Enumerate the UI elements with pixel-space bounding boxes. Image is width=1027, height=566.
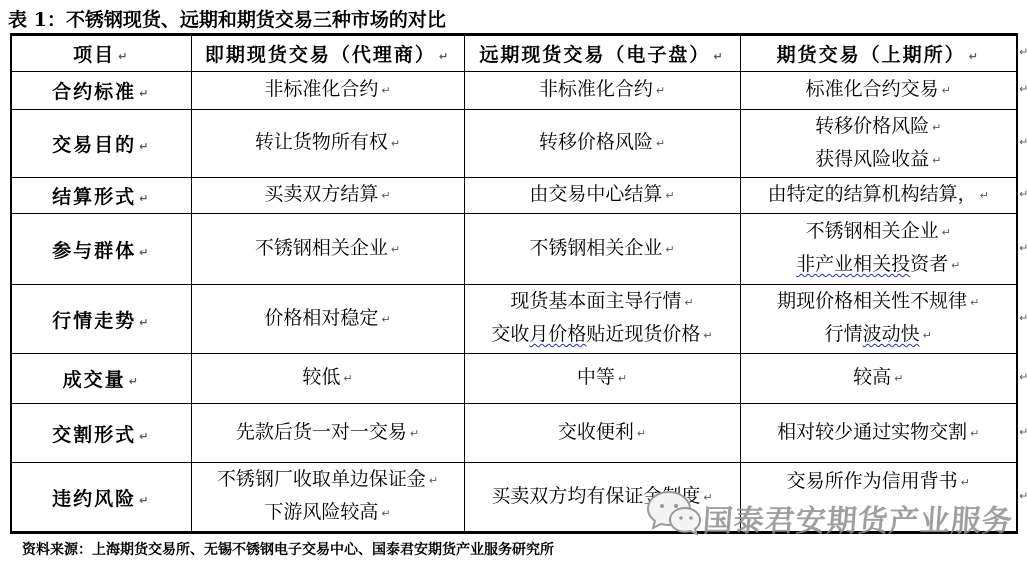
cell-text: 下游风险较高 [264,501,378,523]
wavy-underline-text: 波动快 [863,323,920,345]
row-end-paragraph-mark-icon: ↵ [1019,371,1027,384]
row-end-paragraph-mark-icon: ↵ [1019,425,1027,438]
cell-line: 下游风险较高↵ [196,497,460,530]
row-label-text: 交割形式 [52,424,136,446]
table-cell: 非标准化合约↵ [191,72,464,110]
table-cell: 相对较少通过实物交割↵ [740,404,1017,463]
row-label-text: 成交量 [63,369,126,391]
table-header-row: 项目↵即期现货交易（代理商）↵远期现货交易（电子盘）↵期货交易（上期所）↵ [11,35,1017,72]
row-label: 参与群体↵ [11,214,191,285]
cell-line: 行情波动快↵ [745,319,1013,352]
table-title-text: 表 1：不锈钢现货、远期和期货交易三种市场的对比 [8,9,446,31]
paragraph-mark-icon: ↵ [139,192,150,205]
row-label: 成交量↵ [11,354,191,404]
cell-line: 转让货物所有权↵ [196,127,460,160]
paragraph-mark-icon: ↵ [139,494,150,507]
paragraph-mark-icon: ↵ [139,140,150,153]
table-row: 合约标准↵非标准化合约↵非标准化合约↵标准化合约交易↵ [11,72,1017,110]
row-label: 结算形式↵ [11,178,191,214]
table-cell: 交易所作为信用背书↵ [740,463,1017,533]
cell-line: 由交易中心结算↵ [469,179,736,212]
row-label: 合约标准↵ [11,72,191,110]
cell-line: 买卖双方均有保证金制度↵ [469,481,736,514]
table-cell: 由交易中心结算↵ [464,178,740,214]
table-cell: 价格相对稳定↵ [191,285,464,354]
cell-text: 转让货物所有权 [255,131,388,153]
paragraph-mark-icon: ↵ [381,189,390,202]
table-row: 成交量↵较低↵中等↵较高↵ [11,354,1017,404]
paragraph-mark-icon: ↵ [343,372,352,385]
table-row: 行情走势↵价格相对稳定↵现货基本面主导行情↵交收月价格贴近现货价格↵期现价格相关… [11,285,1017,354]
column-header-text: 项目 [73,44,115,66]
paragraph-mark-icon: ↵ [139,430,150,443]
cell-text: 行情 [825,323,863,345]
table-cell: 不锈钢相关企业↵ [464,214,740,285]
paragraph-mark-icon: ↵ [637,427,646,440]
cell-text: 转移价格风险 [539,131,653,153]
cell-text: 不锈钢相关企业 [529,237,662,259]
column-header: 期货交易（上期所）↵ [740,35,1017,72]
table-row: 结算形式↵买卖双方结算↵由交易中心结算↵由特定的结算机构结算，↵ [11,178,1017,214]
table-cell: 转让货物所有权↵ [191,110,464,178]
paragraph-mark-icon: ↵ [439,50,450,63]
table-row: 违约风险↵不锈钢厂收取单边保证金↵下游风险较高↵买卖双方均有保证金制度↵交易所作… [11,463,1017,533]
cell-line: 期现价格相关性不规律↵ [745,286,1013,319]
cell-line: 不锈钢相关企业↵ [469,233,736,266]
table-cell: 买卖双方均有保证金制度↵ [464,463,740,533]
cell-line: 非标准化合约↵ [196,74,460,107]
paragraph-mark-icon: ↵ [980,189,989,202]
table-cell: 较低↵ [191,354,464,404]
cell-text: 不锈钢相关企业 [806,220,939,242]
cell-text: 非标准化合约 [264,78,378,100]
cell-line: 较高↵ [745,362,1013,395]
cell-line: 非产业相关投资者↵ [745,249,1013,282]
row-label: 违约风险↵ [11,463,191,533]
cell-line: 不锈钢相关企业↵ [196,233,460,266]
paragraph-mark-icon: ↵ [139,246,150,259]
paragraph-mark-icon: ↵ [381,313,390,326]
comparison-table: 项目↵即期现货交易（代理商）↵远期现货交易（电子盘）↵期货交易（上期所）↵ 合约… [10,33,1018,534]
table-cell: 由特定的结算机构结算，↵ [740,178,1017,214]
paragraph-mark-icon: ↵ [665,243,674,256]
cell-line: 交收月价格贴近现货价格↵ [469,319,736,352]
paragraph-mark-icon: ↵ [932,154,941,167]
table-cell: 先款后货一对一交易↵ [191,404,464,463]
row-label: 行情走势↵ [11,285,191,354]
cell-text: 不锈钢厂收取单边保证金 [217,468,426,490]
row-label: 交易目的↵ [11,110,191,178]
paragraph-mark-icon: ↵ [139,316,150,329]
cell-line: 交易所作为信用背书↵ [745,466,1013,499]
row-label: 交割形式↵ [11,404,191,463]
cell-text: 交收 [491,323,529,345]
column-header: 项目↵ [11,35,191,72]
source-note: 资料来源：上海期货交易所、无锡不锈钢电子交易中心、国泰君安期货产业服务研究所 [22,539,557,559]
paragraph-mark-icon: ↵ [713,50,724,63]
row-end-paragraph-mark-icon: ↵ [1019,311,1027,324]
table-cell: 较高↵ [740,354,1017,404]
paragraph-mark-icon: ↵ [932,121,941,134]
wavy-underline-text: 月价格 [529,323,586,345]
cell-line: 由特定的结算机构结算，↵ [745,179,1013,212]
cell-line: 转移价格风险↵ [745,111,1013,144]
paragraph-mark-icon: ↵ [139,87,150,100]
paragraph-mark-icon: ↵ [665,189,674,202]
paragraph-mark-icon: ↵ [381,507,390,520]
cell-line: 先款后货一对一交易↵ [196,417,460,450]
row-end-paragraph-mark-icon: ↵ [1019,188,1027,201]
table-row: 交割形式↵先款后货一对一交易↵交收便利↵相对较少通过实物交割↵ [11,404,1017,463]
cell-text: 由交易中心结算 [529,183,662,205]
table-cell: 不锈钢相关企业↵ [191,214,464,285]
paragraph-mark-icon: ↵ [129,375,140,388]
paragraph-mark-icon: ↵ [969,50,980,63]
report-page: 表 1：不锈钢现货、远期和期货交易三种市场的对比 项目↵即期现货交易（代理商）↵… [0,0,1027,566]
cell-line: 标准化合约交易↵ [745,74,1013,107]
cell-line [745,499,1013,529]
paragraph-mark-icon: ↵ [391,137,400,150]
paragraph-mark-icon: ↵ [656,84,665,97]
paragraph-mark-icon: ↵ [970,296,979,309]
cell-text: 交易所作为信用背书 [787,470,958,492]
paragraph-mark-icon: ↵ [961,476,970,489]
cell-text: 不锈钢相关企业 [255,237,388,259]
paragraph-mark-icon: ↵ [410,427,419,440]
paragraph-mark-icon: ↵ [703,329,712,342]
cell-text: 交收便利 [558,421,634,443]
row-label-text: 交易目的 [52,134,136,156]
row-end-paragraph-mark-icon: ↵ [1019,490,1027,503]
table-cell: 转移价格风险↵获得风险收益↵ [740,110,1017,178]
wavy-underline-text: 非产业相关投 [796,253,910,275]
paragraph-mark-icon: ↵ [118,50,129,63]
cell-text: 资者 [910,253,948,275]
table-cell: 转移价格风险↵ [464,110,740,178]
table-cell: 中等↵ [464,354,740,404]
cell-text: 非标准化合约 [539,78,653,100]
table-cell: 现货基本面主导行情↵交收月价格贴近现货价格↵ [464,285,740,354]
paragraph-mark-icon: ↵ [381,84,390,97]
paragraph-mark-icon: ↵ [656,137,665,150]
row-end-paragraph-mark-icon: ↵ [1019,83,1027,96]
table-cell: 交收便利↵ [464,404,740,463]
cell-line: 非标准化合约↵ [469,74,736,107]
paragraph-mark-icon: ↵ [429,474,438,487]
column-header-text: 远期现货交易（电子盘） [479,44,710,66]
paragraph-mark-icon: ↵ [684,296,693,309]
table-cell: 期现价格相关性不规律↵行情波动快↵ [740,285,1017,354]
table-title: 表 1：不锈钢现货、远期和期货交易三种市场的对比 [8,5,449,32]
paragraph-mark-icon: ↵ [391,243,400,256]
cell-text: 贴近现货价格 [586,323,700,345]
row-label-text: 行情走势 [52,310,136,332]
table-row: 参与群体↵不锈钢相关企业↵不锈钢相关企业↵不锈钢相关企业↵非产业相关投资者↵ [11,214,1017,285]
cell-line: 买卖双方结算↵ [196,179,460,212]
table-body: 合约标准↵非标准化合约↵非标准化合约↵标准化合约交易↵交易目的↵转让货物所有权↵… [11,72,1017,533]
cell-line: 转移价格风险↵ [469,127,736,160]
cell-text: 买卖双方均有保证金制度 [491,485,700,507]
table-row: 交易目的↵转让货物所有权↵转移价格风险↵转移价格风险↵获得风险收益↵ [11,110,1017,178]
cell-text: 买卖双方结算 [264,183,378,205]
row-end-paragraph-mark-icon: ↵ [1019,241,1027,254]
paragraph-mark-icon: ↵ [951,259,960,272]
cell-text: 相对较少通过实物交割 [777,421,967,443]
cell-line: 获得风险收益↵ [745,144,1013,177]
row-label-text: 参与群体 [52,240,136,262]
paragraph-mark-icon: ↵ [618,372,627,385]
cell-line: 价格相对稳定↵ [196,303,460,336]
cell-line: 较低↵ [196,362,460,395]
column-header-text: 即期现货交易（代理商） [205,44,436,66]
column-header: 远期现货交易（电子盘）↵ [464,35,740,72]
cell-text: 价格相对稳定 [264,307,378,329]
paragraph-mark-icon: ↵ [970,427,979,440]
table-cell: 不锈钢相关企业↵非产业相关投资者↵ [740,214,1017,285]
paragraph-mark-icon: ↵ [923,329,932,342]
cell-text: 标准化合约交易 [806,78,939,100]
cell-line: 中等↵ [469,362,736,395]
row-label-text: 结算形式 [52,186,136,208]
cell-text: 较高 [853,366,891,388]
column-header: 即期现货交易（代理商）↵ [191,35,464,72]
cell-text: 期现价格相关性不规律 [777,290,967,312]
source-note-text: 资料来源：上海期货交易所、无锡不锈钢电子交易中心、国泰君安期货产业服务研究所 [22,542,554,558]
column-header-text: 期货交易（上期所） [777,44,966,66]
cell-line: 相对较少通过实物交割↵ [745,417,1013,450]
cell-line: 不锈钢厂收取单边保证金↵ [196,464,460,497]
table-cell: 不锈钢厂收取单边保证金↵下游风险较高↵ [191,463,464,533]
table-cell: 买卖双方结算↵ [191,178,464,214]
cell-text: 由特定的结算机构结算， [768,183,977,205]
row-end-paragraph-mark-icon: ↵ [1019,136,1027,149]
cell-line: 不锈钢相关企业↵ [745,216,1013,249]
row-label-text: 违约风险 [52,488,136,510]
row-end-paragraph-mark-icon: ↵ [1019,45,1027,58]
cell-text: 先款后货一对一交易 [236,421,407,443]
cell-line: 现货基本面主导行情↵ [469,286,736,319]
cell-line: 交收便利↵ [469,417,736,450]
table-cell: 标准化合约交易↵ [740,72,1017,110]
row-label-text: 合约标准 [52,81,136,103]
paragraph-mark-icon: ↵ [703,491,712,504]
cell-text: 获得风险收益 [815,148,929,170]
paragraph-mark-icon: ↵ [894,372,903,385]
table-cell: 非标准化合约↵ [464,72,740,110]
cell-text: 转移价格风险 [815,115,929,137]
cell-text: 现货基本面主导行情 [510,290,681,312]
cell-text: 较低 [302,366,340,388]
paragraph-mark-icon: ↵ [942,84,951,97]
cell-text: 中等 [577,366,615,388]
paragraph-mark-icon: ↵ [942,226,951,239]
